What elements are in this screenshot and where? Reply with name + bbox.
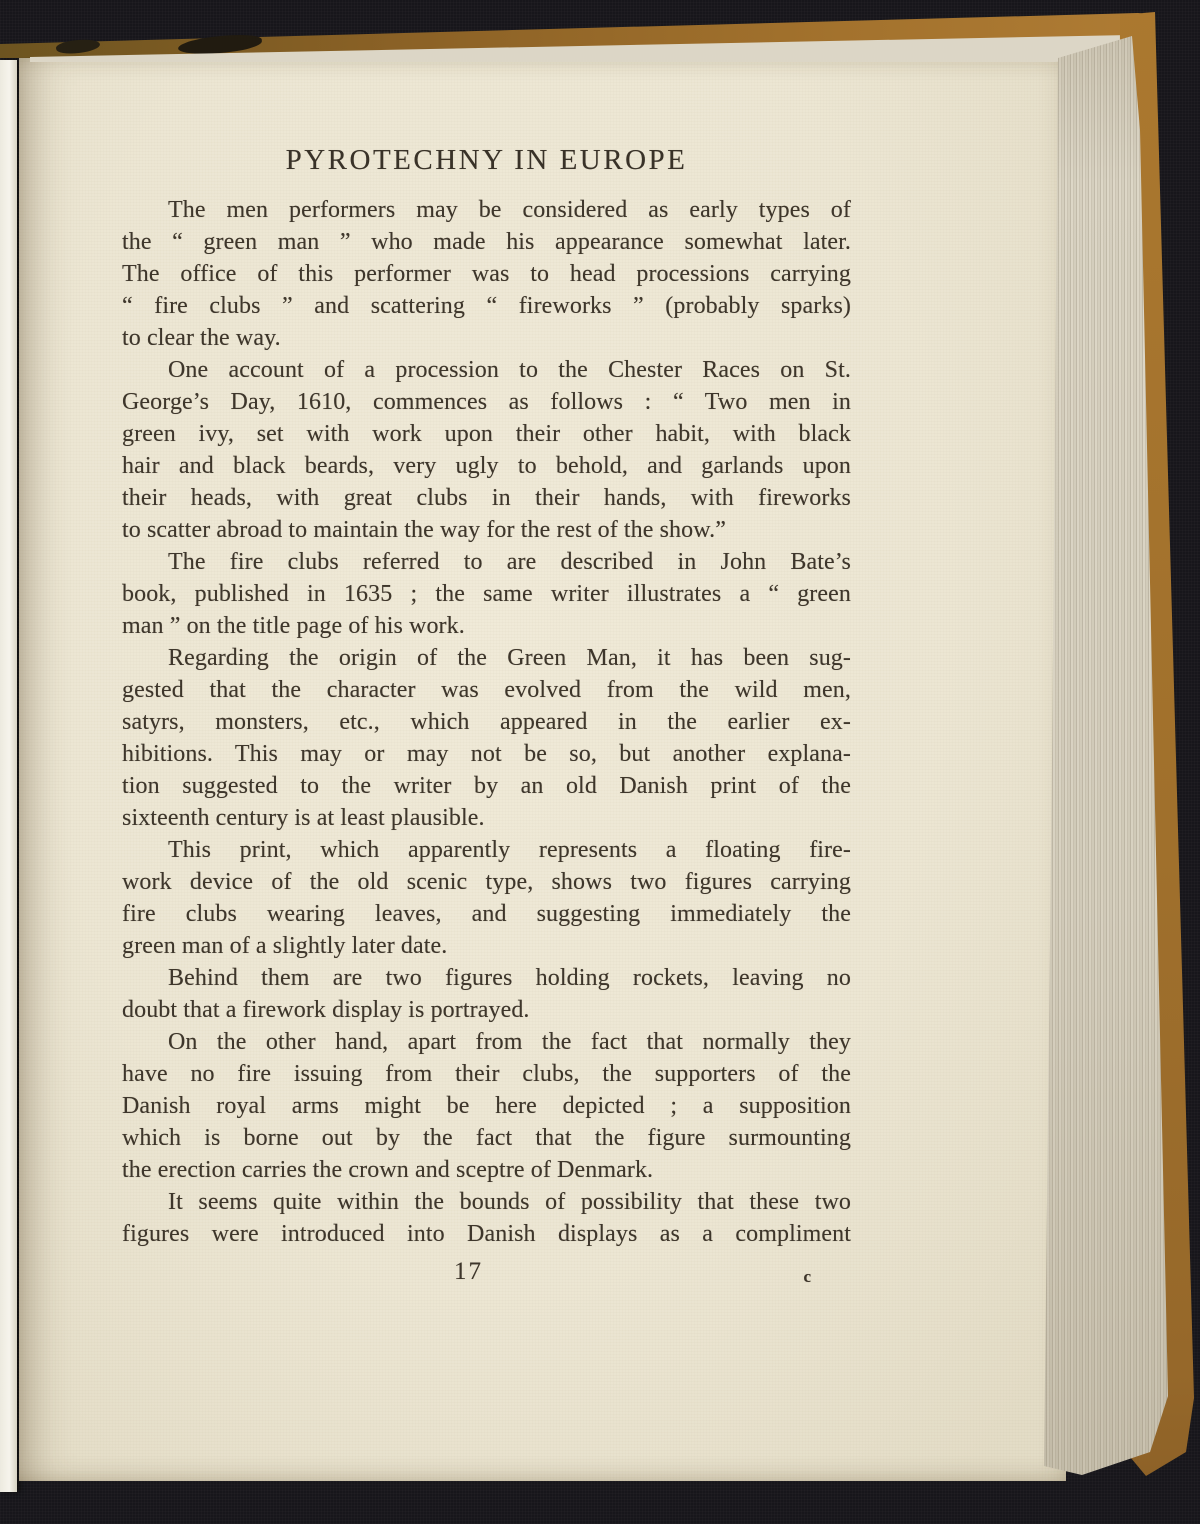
page-title: PYROTECHNY IN EUROPE bbox=[122, 143, 851, 177]
text-line: work device of the old scenic type, show… bbox=[122, 866, 851, 898]
text-line: It seems quite within the bounds of poss… bbox=[122, 1186, 851, 1218]
text-line: George’s Day, 1610, commences as follows… bbox=[122, 386, 851, 418]
text-line: green ivy, set with work upon their othe… bbox=[122, 418, 851, 450]
text-line: Regarding the origin of the Green Man, i… bbox=[122, 642, 851, 674]
text-line: the erection carries the crown and scept… bbox=[122, 1154, 851, 1186]
text-line: Behind them are two figures holding rock… bbox=[122, 962, 851, 994]
text-line: hibitions. This may or may not be so, bu… bbox=[122, 738, 851, 770]
text-line: Danish royal arms might be here depicted… bbox=[122, 1090, 851, 1122]
text-line: book, published in 1635 ; the same write… bbox=[122, 578, 851, 610]
text-line: doubt that a firework display is portray… bbox=[122, 994, 851, 1026]
text-line: The office of this performer was to head… bbox=[122, 258, 851, 290]
text-line: the “ green man ” who made his appearanc… bbox=[122, 226, 851, 258]
text-line: The fire clubs referred to are described… bbox=[122, 546, 851, 578]
text-line: to clear the way. bbox=[122, 322, 851, 354]
text-line: man ” on the title page of his work. bbox=[122, 610, 851, 642]
text-line: have no fire issuing from their clubs, t… bbox=[122, 1058, 851, 1090]
page-number: 17 bbox=[122, 1258, 815, 1286]
book-scene: PYROTECHNY IN EUROPE The men performers … bbox=[0, 0, 1200, 1524]
page-content: PYROTECHNY IN EUROPE The men performers … bbox=[122, 143, 851, 1300]
text-line: “ fire clubs ” and scattering “ firework… bbox=[122, 290, 851, 322]
facing-page-edge bbox=[0, 60, 17, 1492]
text-line: figures were introduced into Danish disp… bbox=[122, 1218, 851, 1250]
text-line: The men performers may be considered as … bbox=[122, 194, 851, 226]
page-body: The men performers may be considered as … bbox=[122, 194, 851, 1250]
text-line: gested that the character was evolved fr… bbox=[122, 674, 851, 706]
text-line: green man of a slightly later date. bbox=[122, 930, 851, 962]
signature-mark: c bbox=[803, 1267, 811, 1287]
text-line: satyrs, monsters, etc., which appeared i… bbox=[122, 706, 851, 738]
text-line: hair and black beards, very ugly to beho… bbox=[122, 450, 851, 482]
text-line: One account of a procession to the Chest… bbox=[122, 354, 851, 386]
text-line: sixteenth century is at least plausible. bbox=[122, 802, 851, 834]
text-line: This print, which apparently represents … bbox=[122, 834, 851, 866]
text-line: fire clubs wearing leaves, and suggestin… bbox=[122, 898, 851, 930]
text-line: On the other hand, apart from the fact t… bbox=[122, 1026, 851, 1058]
text-line: tion suggested to the writer by an old D… bbox=[122, 770, 851, 802]
folio-row: 17 c bbox=[122, 1258, 851, 1300]
text-line: to scatter abroad to maintain the way fo… bbox=[122, 514, 851, 546]
text-line: which is borne out by the fact that the … bbox=[122, 1122, 851, 1154]
text-line: their heads, with great clubs in their h… bbox=[122, 482, 851, 514]
